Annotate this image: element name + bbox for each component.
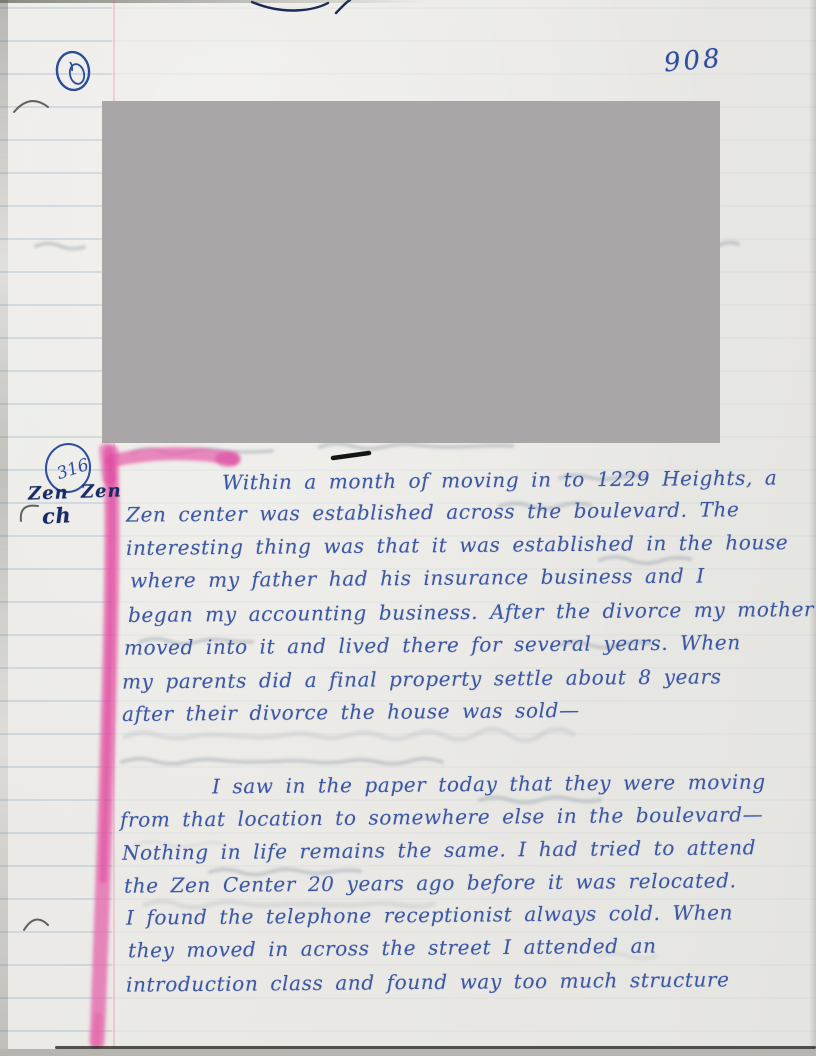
paragraph2-line: the Zen Center 20 years ago before it wa… — [124, 868, 737, 897]
paragraph1-line: Within a month of moving in to 1229 Heig… — [222, 466, 778, 495]
hole-punch — [24, 920, 48, 930]
page-number: 908 — [663, 44, 724, 79]
scanned-notebook-page: 316 908 Zen Zen ch Within a month of mov… — [0, 0, 816, 1056]
margin-circled-number: 316 — [54, 455, 91, 484]
scan-edge-right — [809, 0, 816, 1056]
hole-punch — [14, 101, 48, 112]
black-pen-dash — [333, 453, 369, 458]
paragraph1-line: began my accounting business. After the … — [128, 597, 814, 627]
paragraph1-line: my parents did a final property settle a… — [122, 664, 722, 693]
hole-punch — [21, 506, 38, 521]
margin-note-ch: ch — [41, 502, 72, 529]
paragraph1-line: after their divorce the house was sold— — [122, 698, 580, 726]
margin-note-zen-zen: Zen Zen — [28, 480, 122, 504]
scan-edge-top — [0, 0, 430, 3]
paragraph2-line: from that location to somewhere else in … — [120, 802, 764, 832]
scan-edge-left — [0, 0, 8, 1056]
paragraph1-line: Zen center was established across the bo… — [126, 497, 740, 526]
paragraph1-line: moved into it and lived there for severa… — [124, 630, 741, 659]
paragraph2-line: they moved in across the street I attend… — [128, 934, 657, 963]
paragraph2-line: I found the telephone receptionist alway… — [126, 900, 733, 929]
paragraph1-line: where my father had his insurance busine… — [130, 563, 705, 592]
circled-mark-icon — [55, 50, 92, 92]
paragraph1-line: interesting thing was that it was establ… — [126, 530, 788, 560]
paragraph2-line: Nothing in life remains the same. I had … — [122, 835, 756, 865]
paragraph2-line: I saw in the paper today that they were … — [212, 770, 766, 799]
redaction-box — [102, 101, 720, 443]
scan-edge-bottom-shadow — [0, 1049, 816, 1056]
paragraph2-line: introduction class and found way too muc… — [126, 967, 730, 996]
